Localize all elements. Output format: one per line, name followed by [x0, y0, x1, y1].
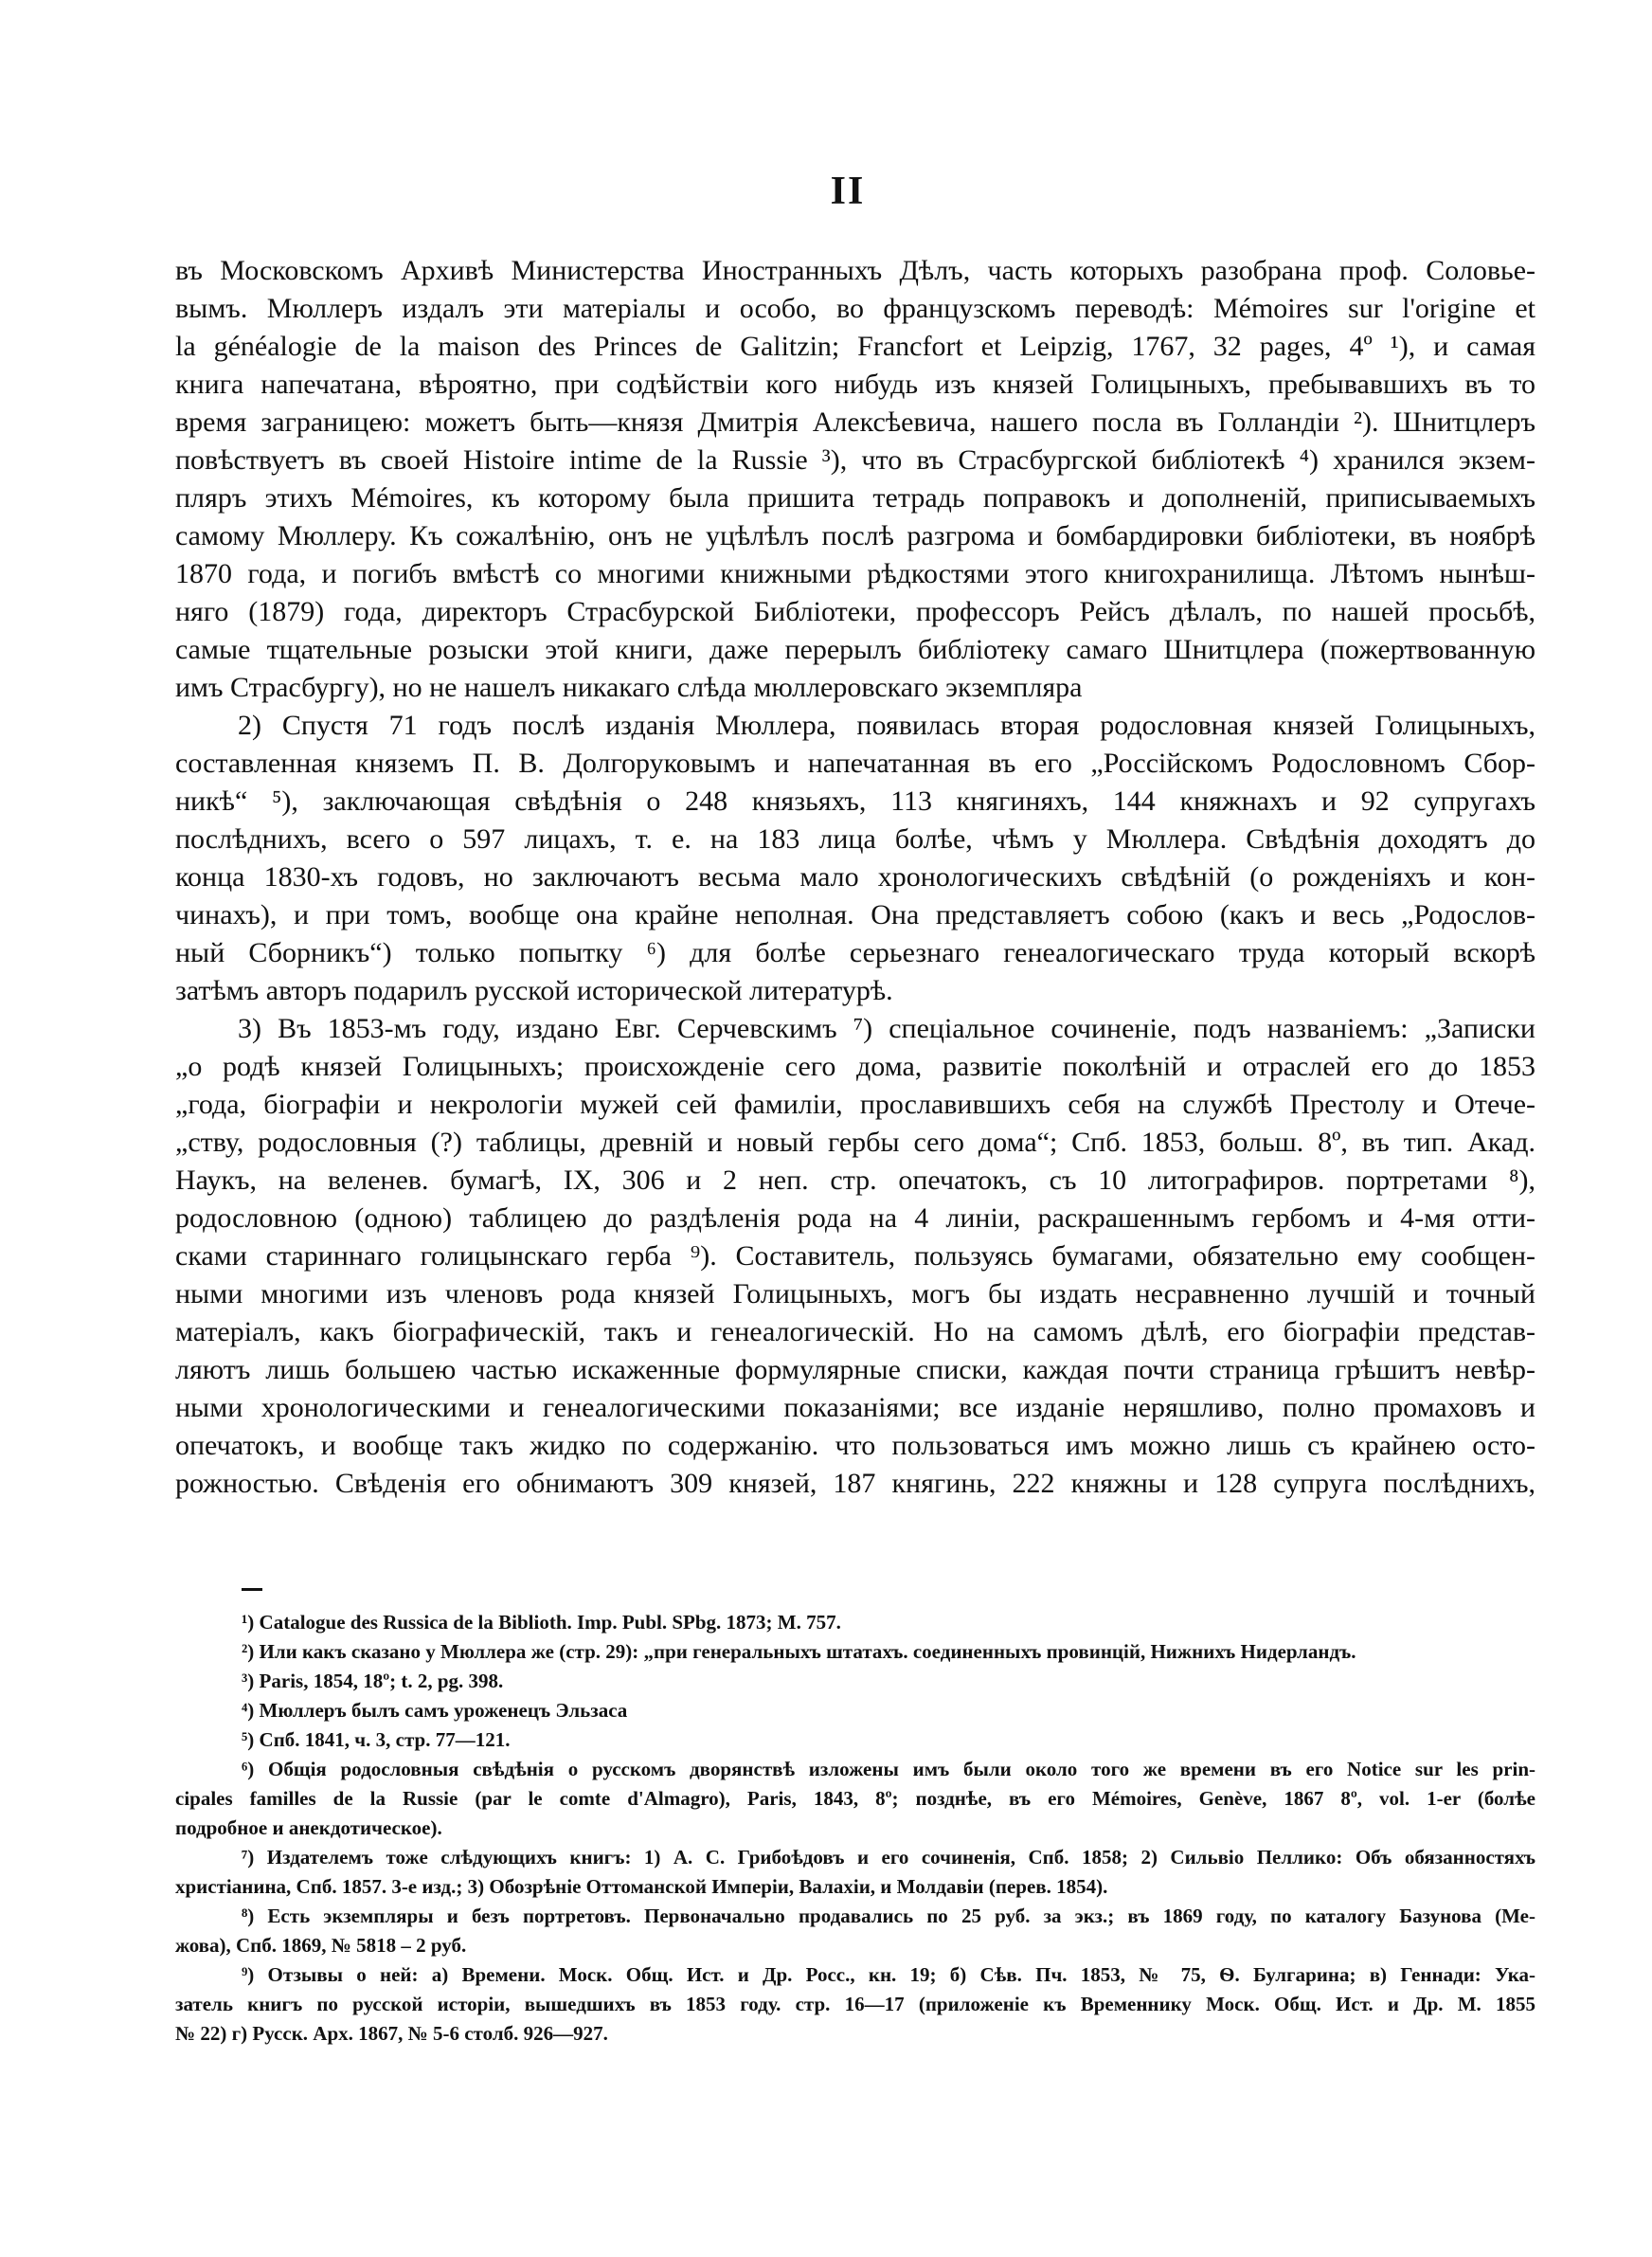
text-line: ными хронологическими и генеалогическими…	[175, 1389, 1535, 1427]
footnote-7: ⁷) Издателемъ тоже слѣдующихъ книгъ: 1) …	[175, 1843, 1535, 1872]
text-line: время заграницею: можетъ быть—князя Дмит…	[175, 404, 1535, 442]
text-line: никѣ“ ⁵), заключающая свѣдѣнія о 248 кня…	[175, 783, 1535, 821]
text-line: чинахъ), и при томъ, вообще она крайне н…	[175, 896, 1535, 934]
footnote-8-cont: жова), Спб. 1869, № 5818 – 2 руб.	[175, 1931, 1535, 1960]
page-number: II	[0, 169, 1652, 214]
text-line: повѣствуетъ въ своей Histoire intime de …	[175, 442, 1535, 479]
text-line: ляютъ лишь большею частью искаженные фор…	[175, 1351, 1535, 1389]
text-line: конца 1830-хъ годовъ, но заключаютъ весь…	[175, 858, 1535, 896]
text-line: сками стариннаго голицынскаго герба ⁹). …	[175, 1237, 1535, 1275]
text-line: въ Московскомъ Архивѣ Министерства Иност…	[175, 252, 1535, 290]
footnote-8: ⁸) Есть экземпляры и безъ портретовъ. Пе…	[175, 1902, 1535, 1931]
footnote-3: ³) Paris, 1854, 18º; t. 2, pg. 398.	[175, 1667, 1535, 1696]
paragraph-2-start: 2) Спустя 71 годъ послѣ изданія Мюллера,…	[175, 707, 1535, 745]
footnote-separator	[242, 1588, 262, 1591]
footnote-9-cont: затель книгъ по русской исторіи, вышедши…	[175, 1990, 1535, 2019]
text-line: составленная княземъ П. В. Долгоруковымъ…	[175, 745, 1535, 783]
text-line: ный Сборникъ“) только попытку ⁶) для бол…	[175, 934, 1535, 972]
footnote-7-cont: христіанина, Спб. 1857. 3-е изд.; 3) Обо…	[175, 1872, 1535, 1902]
footnote-2: ²) Или какъ сказано у Мюллера же (стр. 2…	[175, 1637, 1535, 1667]
text-line: имъ Страсбургу), но не нашелъ никакаго с…	[175, 669, 1535, 707]
text-line: опечатокъ, и вообще такъ жидко по содерж…	[175, 1427, 1535, 1465]
text-line: книга напечатана, вѣроятно, при содѣйств…	[175, 366, 1535, 404]
text-line: la généalogie de la maison des Princes d…	[175, 328, 1535, 366]
text-line: 1870 года, и погибъ вмѣстѣ со многими кн…	[175, 555, 1535, 593]
paragraph-3-start: 3) Въ 1853-мъ году, издано Евг. Серчевск…	[175, 1010, 1535, 1048]
footnote-6-cont: подробное и анекдотическое).	[175, 1814, 1535, 1843]
text-line: „о родѣ князей Голицыныхъ; происхожденіе…	[175, 1048, 1535, 1086]
text-line: затѣмъ авторъ подарилъ русской историчес…	[175, 972, 1535, 1010]
text-line: пляръ этихъ Mémoires, къ которому была п…	[175, 479, 1535, 517]
main-body-text: въ Московскомъ Архивѣ Министерства Иност…	[175, 252, 1535, 1503]
text-line: самые тщательные розыски этой книги, даж…	[175, 631, 1535, 669]
footnote-6: ⁶) Общія родословныя свѣдѣнія о русскомъ…	[175, 1755, 1535, 1784]
footnotes: ¹) Catalogue des Russica de la Biblioth.…	[175, 1608, 1535, 2049]
text-line: няго (1879) года, директоръ Страсбурской…	[175, 593, 1535, 631]
footnote-6-cont: cipales familles de la Russie (par le co…	[175, 1784, 1535, 1814]
text-line: Наукъ, на веленев. бумагѣ, IX, 306 и 2 н…	[175, 1162, 1535, 1200]
footnote-1: ¹) Catalogue des Russica de la Biblioth.…	[175, 1608, 1535, 1637]
footnote-9-cont: № 22) г) Русск. Арх. 1867, № 5-6 столб. …	[175, 2019, 1535, 2049]
text-line: родословною (одною) таблицею до раздѣлен…	[175, 1200, 1535, 1237]
text-line: ными многими изъ членовъ рода князей Гол…	[175, 1275, 1535, 1313]
text-line: послѣднихъ, всего о 597 лицахъ, т. е. на…	[175, 821, 1535, 858]
text-line: самому Мюллеру. Къ сожалѣнію, онъ не уцѣ…	[175, 517, 1535, 555]
footnote-4: ⁴) Мюллеръ былъ самъ уроженецъ Эльзаса	[175, 1696, 1535, 1725]
text-line: вымъ. Мюллеръ издалъ эти матеріалы и осо…	[175, 290, 1535, 328]
text-line: „ству, родословныя (?) таблицы, древній …	[175, 1124, 1535, 1162]
text-line: рожностью. Свѣденія его обнимаютъ 309 кн…	[175, 1465, 1535, 1503]
footnote-5: ⁵) Спб. 1841, ч. 3, стр. 77—121.	[175, 1725, 1535, 1755]
footnote-9: ⁹) Отзывы о ней: а) Времени. Моск. Общ. …	[175, 1960, 1535, 1990]
text-line: матеріалъ, какъ біографическій, такъ и г…	[175, 1313, 1535, 1351]
text-line: „года, біографіи и некрологіи мужей сей …	[175, 1086, 1535, 1124]
